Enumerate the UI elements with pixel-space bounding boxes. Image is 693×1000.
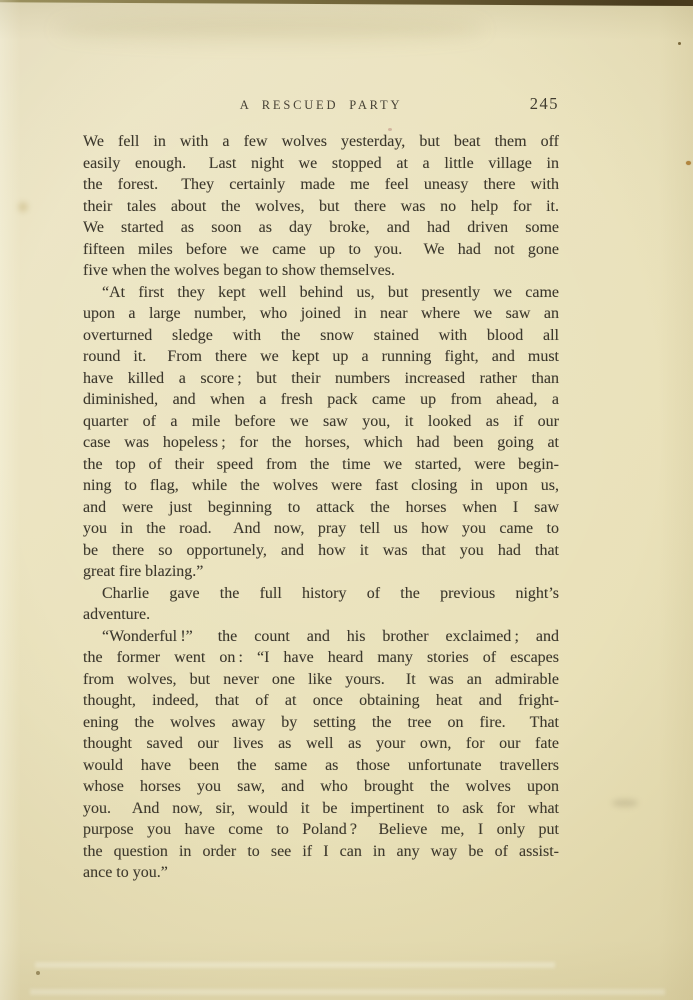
text-line: five when the wolves began to show thems…: [83, 260, 559, 282]
text-line: ening the wolves away by setting the tre…: [83, 712, 559, 734]
text-line: their tales about the wolves, but there …: [83, 196, 559, 218]
page-number: 245: [530, 94, 559, 114]
text-line: the former went on : “I have heard many …: [83, 647, 559, 669]
text-line: diminished, and when a fresh pack came u…: [83, 389, 559, 411]
text-line: overturned sledge with the snow stained …: [83, 325, 559, 347]
book-page-scan: A RESCUED PARTY 245 We fell in with a fe…: [0, 0, 693, 1000]
text-line: ance to you.”: [83, 862, 559, 884]
text-line: round it. From there we kept up a runnin…: [83, 346, 559, 368]
paper-speck: [36, 971, 40, 975]
text-line: “Wonderful !” the count and his brother …: [83, 626, 559, 648]
text-line: fifteen miles before we came up to you. …: [83, 239, 559, 261]
text-line: whose horses you saw, and who brought th…: [83, 776, 559, 798]
text-line: purpose you have come to Poland ? Believ…: [83, 819, 559, 841]
text-line: case was hopeless ; for the horses, whic…: [83, 432, 559, 454]
text-line: the question in order to see if I can in…: [83, 841, 559, 863]
paragraph: “Wonderful !” the count and his brother …: [83, 626, 559, 884]
page-stack-edge: [30, 989, 665, 995]
text-line: quarter of a mile before we saw you, it …: [83, 411, 559, 433]
text-line: adventure.: [83, 604, 559, 626]
text-line: “At first they kept well behind us, but …: [83, 282, 559, 304]
text-line: upon a large number, who joined in near …: [83, 303, 559, 325]
text-line: from wolves, but never one like yours. I…: [83, 669, 559, 691]
text-line: thought, indeed, that of at once obtaini…: [83, 690, 559, 712]
paper-speck: [678, 42, 681, 45]
page-stack-edge: [35, 962, 555, 968]
text-line: you. And now, sir, would it be impertine…: [83, 798, 559, 820]
book-edge-top: [0, 0, 693, 6]
text-line: and were just beginning to attack the ho…: [83, 497, 559, 519]
text-line: Charlie gave the full history of the pre…: [83, 583, 559, 605]
text-line: would have been the same as those unfort…: [83, 755, 559, 777]
paragraph: Charlie gave the full history of the pre…: [83, 583, 559, 626]
paragraph: “At first they kept well behind us, but …: [83, 282, 559, 583]
text-line: great fire blazing.”: [83, 561, 559, 583]
text-line: the forest. They certainly made me feel …: [83, 174, 559, 196]
scan-shadow-band: [55, 16, 485, 42]
text-line: easily enough. Last night we stopped at …: [83, 153, 559, 175]
text-line: have killed a score ; but their numbers …: [83, 368, 559, 390]
body-text: We fell in with a few wolves yesterday, …: [83, 131, 559, 884]
text-line: We started as soon as day broke, and had…: [83, 217, 559, 239]
paper-smudge: [612, 799, 638, 807]
text-line: be there so opportunely, and how it was …: [83, 540, 559, 562]
paper-speck: [686, 161, 691, 165]
text-line: ning to flag, while the wolves were fast…: [83, 475, 559, 497]
page-header-title: A RESCUED PARTY: [240, 98, 403, 113]
text-line: you in the road. And now, pray tell us h…: [83, 518, 559, 540]
text-line: the top of their speed from the time we …: [83, 454, 559, 476]
text-line: We fell in with a few wolves yesterday, …: [83, 131, 559, 153]
paragraph: We fell in with a few wolves yesterday, …: [83, 131, 559, 282]
running-header: A RESCUED PARTY 245: [83, 94, 559, 116]
paper-speck: [18, 202, 28, 212]
text-line: thought saved our lives as well as your …: [83, 733, 559, 755]
paper-speck: [388, 128, 392, 131]
